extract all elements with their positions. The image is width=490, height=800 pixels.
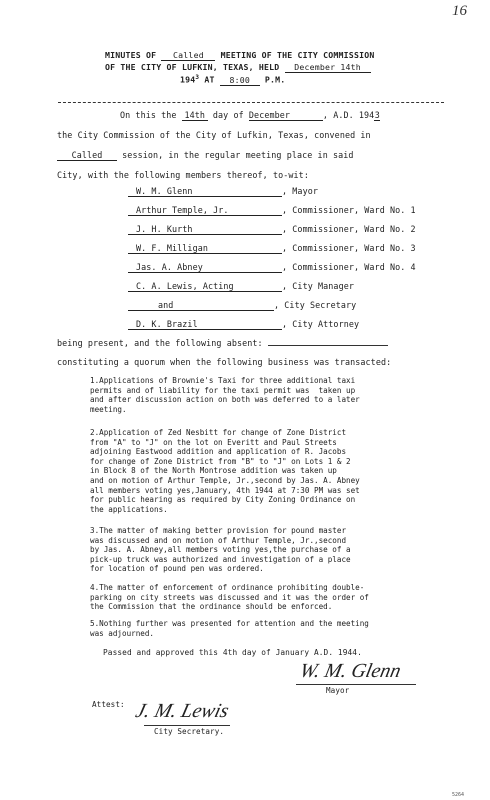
intro-line4: City, with the following members thereof… — [57, 170, 309, 180]
member-title: , City Secretary — [274, 300, 356, 310]
year-prefix: 194 — [180, 75, 195, 85]
being-present-text: being present, and the following absent: — [57, 338, 263, 348]
header-prefix: MINUTES OF — [105, 50, 156, 60]
intro-line1: On this the 14th day of December, A.D. 1… — [120, 110, 380, 121]
member-title: , Mayor — [282, 186, 318, 196]
day-of: day of — [213, 110, 244, 120]
meeting-type: Called — [161, 50, 215, 61]
business-item-4: 4.The matter of enforcement of ordinance… — [90, 583, 369, 612]
session-type: Called — [57, 150, 117, 161]
month-value: December — [249, 110, 323, 121]
session-suffix: session, in the regular meeting place in… — [122, 150, 353, 160]
member-row: Jas. A. Abney, Commissioner, Ward No. 4 — [128, 262, 416, 273]
meeting-time: 8:00 — [220, 75, 260, 86]
business-item-5: 5.Nothing further was presented for atte… — [90, 619, 369, 638]
intro-line2: the City Commission of the City of Lufki… — [57, 130, 371, 140]
header-suffix: MEETING OF THE CITY COMMISSION — [221, 50, 375, 60]
year-digit: 3 — [195, 74, 199, 81]
approval-line: Passed and approved this 4th day of Janu… — [103, 648, 362, 657]
member-name: W. M. Glenn — [128, 186, 282, 197]
member-title: , Commissioner, Ward No. 1 — [282, 205, 416, 215]
member-title: , City Manager — [282, 281, 354, 291]
member-row: W. M. Glenn, Mayor — [128, 186, 318, 197]
member-row: and, City Secretary — [128, 300, 356, 311]
member-row: J. H. Kurth, Commissioner, Ward No. 2 — [128, 224, 416, 235]
absent-blank — [268, 345, 388, 346]
page-number: 16 — [452, 3, 467, 20]
ad-label: , A.D. 194 — [323, 110, 374, 120]
minutes-header-line2: OF THE CITY OF LUFKIN, TEXAS, HELD Decem… — [105, 62, 371, 73]
member-row: W. F. Milligan, Commissioner, Ward No. 3 — [128, 243, 416, 254]
mayor-signature: W. M. Glenn — [298, 660, 403, 683]
member-name: C. A. Lewis, Acting — [128, 281, 282, 292]
member-name: and — [128, 300, 274, 311]
day-value: 14th — [182, 110, 208, 121]
member-name: Arthur Temple, Jr. — [128, 205, 282, 216]
minutes-header-line3: 1943 AT 8:00 P.M. — [180, 74, 285, 86]
member-title: , Commissioner, Ward No. 3 — [282, 243, 416, 253]
on-this-the: On this the — [120, 110, 177, 120]
member-name: D. K. Brazil — [128, 319, 282, 330]
secretary-signature: J. M. Lewis — [133, 700, 231, 723]
member-title: , Commissioner, Ward No. 2 — [282, 224, 416, 234]
member-title: , Commissioner, Ward No. 4 — [282, 262, 416, 272]
member-name: W. F. Milligan — [128, 243, 282, 254]
member-name: J. H. Kurth — [128, 224, 282, 235]
secretary-label: City Secretary. — [154, 727, 224, 736]
mayor-signature-line — [296, 684, 416, 685]
minutes-header-line1: MINUTES OF Called MEETING OF THE CITY CO… — [105, 50, 374, 61]
quorum-line: constituting a quorum when the following… — [57, 357, 391, 367]
member-row: D. K. Brazil, City Attorney — [128, 319, 359, 330]
business-item-2: 2.Application of Zed Nesbitt for change … — [90, 428, 360, 514]
secretary-signature-line — [144, 725, 230, 726]
intro-line3: Called session, in the regular meeting p… — [57, 150, 354, 161]
business-item-1: 1.Applications of Brownie's Taxi for thr… — [90, 376, 360, 414]
being-present-line: being present, and the following absent: — [57, 338, 388, 348]
business-item-3: 3.The matter of making better provision … — [90, 526, 351, 574]
member-title: , City Attorney — [282, 319, 359, 329]
mayor-label: Mayor — [326, 686, 349, 695]
member-name: Jas. A. Abney — [128, 262, 282, 273]
footer-mark: 5264 — [452, 792, 464, 798]
header-city: OF THE CITY OF LUFKIN, TEXAS, HELD — [105, 62, 279, 72]
held-date: December 14th — [285, 62, 371, 73]
at-label: AT — [204, 75, 214, 85]
member-row: Arthur Temple, Jr., Commissioner, Ward N… — [128, 205, 416, 216]
member-row: C. A. Lewis, Acting, City Manager — [128, 281, 354, 292]
ampm: P.M. — [265, 75, 286, 85]
separator-dashes — [58, 102, 444, 103]
year-value: 3 — [374, 110, 380, 121]
attest-label: Attest: — [92, 700, 125, 709]
